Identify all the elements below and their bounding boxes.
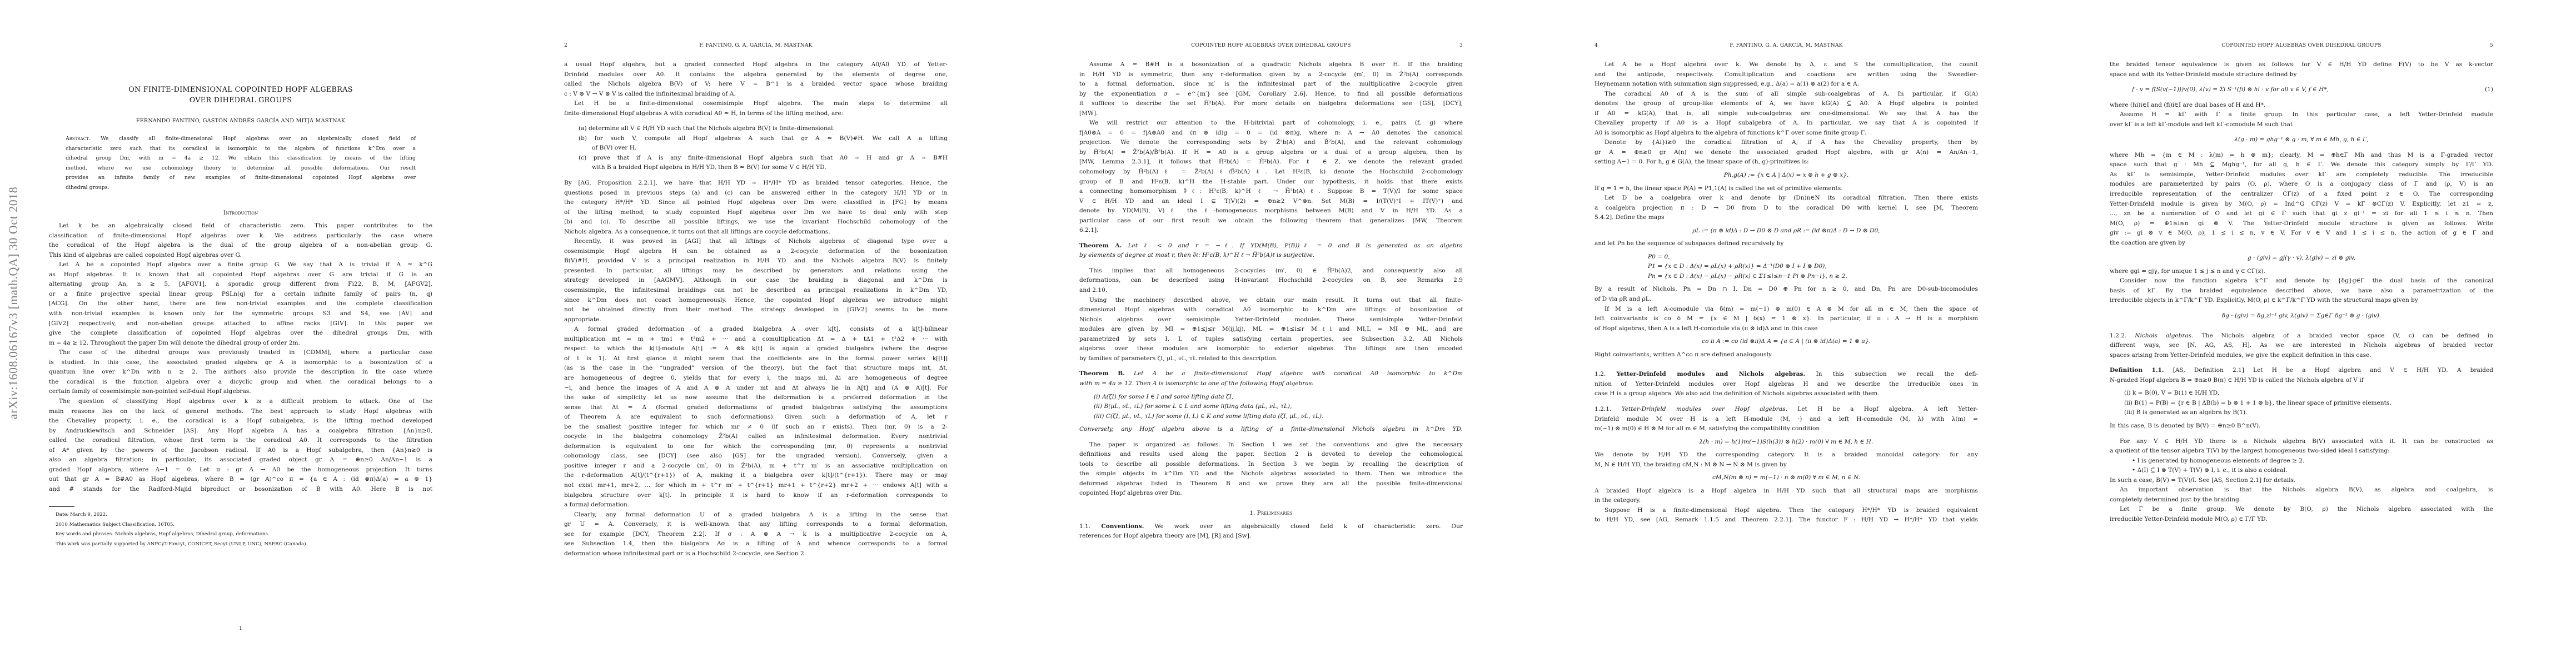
body-line: over kΓ is a left kΓ-module and left kΓ-… (2110, 120, 2493, 130)
section-title-introduction: Introduction (49, 208, 432, 218)
ideal-conditions: • I is generated by homogeneous elements… (2110, 456, 2493, 476)
page-4: 4 F. FANTINO, G. A. GARCÍA, M. MASTNAK L… (1546, 0, 2061, 667)
subsubsection-text: m(−1) ⊗ m(0) ∈ H ⊗ M for all m ∈ M, sati… (1595, 424, 1978, 434)
body-line: tools to describe all possible deformati… (1079, 460, 1463, 470)
body-line: not be obtained directly from their meth… (564, 305, 948, 315)
body-line: the coradical is the function algebra ov… (49, 377, 432, 387)
body-line: particular case of our first result we o… (1079, 216, 1463, 226)
body-line: M, N ∈ H/H YD, the braiding cM,N : M ⊗ N… (1595, 460, 1978, 470)
page-number: 5 (2490, 42, 2493, 48)
body-line: a coalgebra projection π : D → D0 from D… (1595, 203, 1978, 213)
body-line: The case of the dihedral groups was prev… (49, 348, 432, 358)
body-line: Yetter-Drinfeld module is given by M(O, … (2110, 200, 2493, 210)
body-line: quantum line over k^Dn with n ≥ 2. The a… (49, 367, 432, 377)
theorem-b-item: (iii) C(ζI, μL, νL, τL) for some (I, L) … (1079, 412, 1463, 422)
body-line: irreducible Yetter-Drinfeld module M(O, … (2110, 515, 2493, 525)
equation-delta: δg · (giv) = δg,zi⁻¹ giv, λ(giv) = Σg∈Γ … (2110, 311, 2493, 321)
subsubsection-text: spaces arising from Yetter-Drinfeld modu… (2110, 351, 2493, 361)
equation-rho: ρL := (π ⊗ id)Δ : D → D0 ⊗ D and ρR := (… (1595, 226, 1978, 236)
body-line: −i, and hence the images of A and A ⊗ A … (564, 384, 948, 394)
body-line: alternating group An, n ≥ 5, [AFGV1], a … (49, 280, 432, 290)
body-line: in the category. (1595, 496, 1978, 506)
body-line: a connecting homomorphism ∂̃ℓ: H²ε(B, k)… (1079, 187, 1463, 197)
body-line: We denote by H/H YD the corresponding ca… (1595, 450, 1978, 460)
body-line: Denote by {Ai}i≥0 the coradical filtrati… (1595, 138, 1978, 148)
subsection-title: Conventions. (1101, 523, 1144, 530)
body-line: to a formal deformation, since m′ is the… (1079, 79, 1463, 89)
body-line: with non-trivial examples is known only … (49, 309, 432, 319)
body-line: V ∈ H/H YD and an ideal I ⊊ T(V)(2) = ⊕n… (1079, 197, 1463, 207)
theorem-b-label: Theorem B. (1079, 370, 1125, 377)
equation-line: P1 = {x ∈ D : Δ(x) = ρL(x) + ρR(x)} = Δ⁻… (1648, 262, 1978, 272)
body-line: not exist mr+1, mr+2, ... for which m + … (564, 481, 948, 491)
body-line: also an algebra filtration; in particula… (49, 455, 432, 465)
body-line: gr A = ⊕n≥0 gr A(n) we denote the associ… (1595, 148, 1978, 158)
lifting-method-steps: (a) determine all V ∈ H/H YD such that t… (564, 124, 948, 173)
subsubsection-nichols: 1.2.2. Nichols algebras. The Nichols alg… (2110, 331, 2493, 361)
theorem-a-line: by elements of degree at most r, then ∂̃… (1079, 251, 1463, 261)
abstract-text: We classify all finite-dimensional Hopf … (101, 136, 416, 142)
body-line: the simple objects in k^Dm YD and the Ni… (1079, 469, 1463, 479)
body-line: main reasons lies on the lack of general… (49, 407, 432, 417)
body-line: give the complete classification of copo… (49, 328, 432, 339)
body-line: [MW]. (1079, 109, 1463, 119)
subsection-text: references for Hopf algebra theory are [… (1079, 531, 1463, 541)
subsubsection-title: Yetter-Drinfeld modules over Hopf algebr… (1622, 406, 1787, 412)
body-line: of A* given by the powers of the Jacobso… (49, 446, 432, 456)
footnote: Key words and phrases. Nichols algebras,… (49, 530, 432, 540)
equation-primitives: Ph,g(A) := {x ∈ A | Δ(x) = x ⊗ h + g ⊗ x… (1595, 171, 1978, 181)
equation-coinvariants: co π A := co (id ⊗π)Δ A = {a ∈ A | (π ⊗ … (1595, 337, 1978, 347)
body-line: positive integer r and a 2-cocycle (m′, … (564, 461, 948, 471)
body-line: deformed algebras listed in Theorem B an… (1079, 479, 1463, 489)
definition-closing: In this case, B is denoted by B(V) = ⊕n≥… (2110, 421, 2493, 431)
abstract-line: provides an infinite family of new examp… (66, 173, 416, 183)
body-line: irreducible representation of the centra… (2110, 190, 2493, 200)
definition-item: (ii) B(1) = P(B) = {r ∈ B | ΔB(b) = b ⊗ … (2110, 399, 2493, 409)
page-1: arXiv:1608.06167v3 [math.QA] 30 Oct 2018… (0, 0, 515, 667)
bullet-item: I is generated by homogeneous elements o… (2137, 457, 2305, 464)
step-item: (c) prove that if A is any finite-dimens… (564, 153, 948, 163)
subsubsection-title: Nichols algebras. (2135, 332, 2193, 339)
page-number: 1 (49, 625, 432, 631)
body-line: of Hopf algebras, then A is a left H-com… (1595, 324, 1978, 334)
running-head-title: F. FANTINO, G. A. GARCÍA, M. MASTNAK (564, 42, 948, 48)
body-line: c : V ⊗ V → V ⊗ V is called the infinite… (564, 89, 948, 99)
body-line: m = 4a ≥ 12. Throughout the paper Dm wil… (49, 339, 432, 349)
body-line: presented. In particular, all liftings m… (564, 266, 948, 276)
theorem-b: Theorem B. Let A be a finite-dimensional… (1079, 369, 1463, 434)
body-line: bialgebra structure over k[t]. In princi… (564, 491, 948, 501)
theorem-a-line: Let ℓ < 0 and r = −ℓ. If YD(M(B), P(B))ℓ… (1128, 242, 1463, 249)
page-2-content: 2 F. FANTINO, G. A. GARCÍA, M. MASTNAK a… (564, 0, 948, 559)
body-line: it suffices to describe the set Ĥ²b(A). … (1079, 99, 1463, 109)
theorem-a: Theorem A. Let ℓ < 0 and r = −ℓ. If YD(M… (1079, 241, 1463, 261)
subsection-text: nition of Yetter-Drinfeld modules over H… (1595, 380, 1978, 390)
equation-1: f · v = f(S(v(−1)))v(0), λ(v) = Σi S⁻¹(f… (2110, 85, 2493, 95)
body-line: The question of classifying Hopf algebra… (49, 397, 432, 407)
title-line-1: ON FINITE-DIMENSIONAL COPOINTED HOPF ALG… (49, 84, 432, 95)
subsection-text: We work over an algebraically closed fie… (1154, 523, 1463, 530)
body-line: parametrized by sets I, L of tuples sati… (1079, 335, 1463, 345)
definition-text: N-graded Hopf algebra B = ⊕n≥0 B(n) ∈ H/… (2110, 376, 2493, 386)
body-line: finite-dimensional Hopf algebras A with … (564, 109, 948, 119)
body-line: called the Nichols algebra B(V) of V; he… (564, 79, 948, 89)
body-line: giv := gi ⊗ v ∈ M(O, ρ), 1 ≤ i ≤ n, v ∈ … (2110, 228, 2493, 238)
body-line: A braided Hopf algebra is a Hopf algebra… (1595, 486, 1978, 496)
subsection-number: 1.2. (1595, 371, 1606, 377)
page-3: COPOINTED HOPF ALGEBRAS OVER DIHEDRAL GR… (1030, 0, 1546, 667)
body-line: Consider now the function algebra k^Γ an… (2110, 276, 2493, 286)
title-line-2: OVER DIHEDRAL GROUPS (49, 95, 432, 106)
equation-gamma-compat: λ(g · m) = ghg⁻¹ ⊗ g · m, ∀ m ∈ Mh, g, h… (2110, 135, 2493, 145)
body-line: A formal graded deformation of a graded … (564, 325, 948, 335)
body-line: are homogeneous of degree 0, yields that… (564, 374, 948, 384)
abstract-line: method, where we use cohomology theory t… (66, 163, 416, 173)
body-line: or a finite projective special linear gr… (49, 290, 432, 300)
body-line: where Mh = {m ∈ M : λ(m) = h ⊗ m}; clear… (2110, 151, 2493, 161)
subsubsection-text: different ways, see [N, AG, AS, H]. As w… (2110, 341, 2493, 351)
body-line: sense that Δt = Δ (formal graded deforma… (564, 403, 948, 413)
body-line: By [AG, Proposition 2.2.1], we have that… (564, 178, 948, 188)
body-line: irreducible objects in k^Γ/k^Γ YD. Expli… (2110, 296, 2493, 306)
definition-1-1: Definition 1.1. [AS, Definition 2.1] Let… (2110, 366, 2493, 431)
theorem-a-label: Theorem A. (1079, 242, 1122, 249)
body-line: completely determined just by the braidi… (2110, 495, 2493, 505)
body-line: We will restrict our attention to the H-… (1079, 118, 1463, 128)
body-line: denotes the group of group-like elements… (1595, 99, 1978, 109)
abstract-label: Abstract. (66, 136, 91, 142)
body-line: since k^Dm does not coact homogeneously.… (564, 296, 948, 306)
body-line: the Chevalley property, i. e., the corad… (49, 416, 432, 426)
body-line: of t is 1). At first glance it might see… (564, 354, 948, 364)
body-line: of Theorem A are equivalent to such defo… (564, 412, 948, 422)
body-line: by the exponentiation σ = e^{m′} see [GM… (1079, 89, 1463, 99)
body-line: Let H be a finite-dimensional cosemisimp… (564, 99, 948, 109)
body-line: where ggi = gjγ, for unique 1 ≤ j ≤ n an… (2110, 267, 2493, 277)
arxiv-stamp: arXiv:1608.06167v3 [math.QA] 30 Oct 2018 (0, 0, 28, 667)
body-line: modules are parameterized by pairs (O, ρ… (2110, 180, 2493, 190)
body-line: modules are given by MI = ⊕1≤j≤r M(ij,kj… (1079, 325, 1463, 335)
body-line: of the lifting method, to study copointe… (564, 208, 948, 218)
page-3-content: COPOINTED HOPF ALGEBRAS OVER DIHEDRAL GR… (1079, 0, 1463, 541)
body-line: in H/H YD is symmetric, then any r-defor… (1079, 70, 1463, 80)
body-line: If M is a left A-comodule via δ(m) = m(−… (1595, 305, 1978, 315)
body-line: by Andruskiewitsch and Schneider [AS]. A… (49, 426, 432, 436)
body-line: Clearly, any formal deformation U of a g… (564, 510, 948, 520)
body-line: This kind of algebras are called copoint… (49, 251, 432, 261)
abstract: Abstract. We classify all finite-dimensi… (49, 134, 432, 193)
body-line: out that gr A ≃ B#A0 as Hopf algebras, w… (49, 475, 432, 485)
subsection-text: case H is a group algebra. We also add t… (1595, 389, 1978, 399)
equation-p-sequence: P0 = 0, P1 = {x ∈ D : Δ(x) = ρL(x) + ρR(… (1595, 252, 1978, 282)
body-line: An important observation is that the Nic… (2110, 485, 2493, 495)
body-line: of D via ρR and ρL. (1595, 295, 1978, 305)
body-line: classification of finite-dimensional Hop… (49, 231, 432, 241)
running-head: 4 F. FANTINO, G. A. GARCÍA, M. MASTNAK (1595, 42, 1978, 51)
body-line: Nichols algebra. As a consequence, it tu… (564, 227, 948, 237)
section-title-preliminaries: 1. Preliminaries (1079, 509, 1463, 519)
body-line: definitions and results used along the p… (1079, 450, 1463, 460)
body-line: questions posed in previous steps (a) an… (564, 188, 948, 198)
body-line: appropriate. (564, 315, 948, 325)
body-line: Let A be a copointed Hopf algebra over a… (49, 260, 432, 270)
body-line: and 2.10. (1079, 286, 1463, 296)
equation-line: P0 = 0, (1648, 252, 1978, 262)
body-line: basis of kΓ. By the braided equivalence … (2110, 286, 2493, 296)
body-line: deformation is equivalent to one for whi… (564, 442, 948, 452)
subsubsection-text: The Nichols algebra of a braided vector … (2202, 332, 2493, 339)
body-line: As kΓ is semisimple, Yetter-Drinfeld mod… (2110, 170, 2493, 180)
body-line: For any V ∈ H/H YD there is a Nichols al… (2110, 437, 2493, 447)
step-item: of B(V) over H. (564, 143, 948, 153)
body-line: graded Hopf algebra, where A−1 = 0. Let … (49, 465, 432, 475)
body-line: B(V)#H, provided V is a principal realiz… (564, 256, 948, 266)
body-line: cocycle in the bialgebra cohomology Ẑ²b(… (564, 432, 948, 442)
subsubsection-number: 1.2.2. (2110, 332, 2126, 339)
body-line: a formal deformation. (564, 500, 948, 510)
body-line: [ACG]. On the other hand, there are few … (49, 299, 432, 309)
equation-braiding: cM,N(m ⊗ n) = m(−1) · n ⊗ m(0) ∀ m ∈ M, … (1595, 473, 1978, 483)
abstract-line: characteristic zero such that its coradi… (66, 144, 416, 154)
body-line: Let D be a coalgebra over k and denote b… (1595, 193, 1978, 203)
subsection-yetter-drinfeld: 1.2. Yetter-Drinfeld modules and Nichols… (1595, 370, 1978, 399)
body-line: This implies that all homogeneous 2-cocy… (1079, 266, 1463, 276)
body-line: space and with its Yetter-Drinfeld modul… (2110, 70, 2493, 80)
body-line: where (hi)i∈I and (fi)i∈I are dual bases… (2110, 101, 2493, 111)
body-line: and the antipode, respectively. Comultip… (1595, 70, 1978, 80)
body-line: a quotient of the tensor algebra T(V) by… (2110, 446, 2493, 456)
running-head-title: F. FANTINO, G. A. GARCÍA, M. MASTNAK (1595, 42, 1978, 48)
body-line: A0 is isomorphic as Hopf algebra to the … (1595, 128, 1978, 138)
body-line: group of B and H²ε(B, k)^H the H-stable … (1079, 177, 1463, 187)
body-line: If g = 1 = h, the linear space P(A) = P1… (1595, 184, 1978, 194)
subsection-title: Yetter-Drinfeld modules and Nichols alge… (1617, 371, 1805, 377)
body-line: see for example [DCY, Theorem 2.2]. If σ… (564, 530, 948, 540)
abstract-line: Abstract. We classify all finite-dimensi… (66, 134, 416, 144)
equation-action: g · (giv) = gj(γ · v), λ(giv) = zi ⊗ giv… (2110, 253, 2493, 263)
equation-number: (1) (2485, 85, 2493, 95)
body-line: the sake of simplicity let us now assume… (564, 393, 948, 403)
body-line: strategy developed in [AAGMV]. Although … (564, 276, 948, 286)
footnote: This work was partially supported by ANP… (49, 540, 432, 550)
theorem-b-line: Let A be a finite-dimensional Hopf algeb… (1134, 370, 1463, 377)
body-line: cohomology class, see [DCY] (see also [G… (564, 451, 948, 461)
page-2: 2 F. FANTINO, G. A. GARCÍA, M. MASTNAK a… (515, 0, 1030, 667)
theorem-b-line: with m = 4a ≥ 12. Then A is isomorphic t… (1079, 379, 1463, 389)
step-item: (a) determine all V ∈ H/H YD such that t… (564, 124, 948, 134)
body-line: left coinvariants is co δ M = {x ∈ M | δ… (1595, 314, 1978, 324)
body-line: Assume A = B#H is a bosonization of a qu… (1079, 60, 1463, 70)
body-line: Assume H = kΓ with Γ a finite group. In … (2110, 110, 2493, 120)
body-line: denote by YD(M(B), V)ℓ the ℓ-homogeneous… (1079, 206, 1463, 216)
subsection-text: In this subsection we recall the defi- (1816, 371, 1978, 377)
footnote-rule (49, 506, 74, 507)
body-line: certain family of cosemisimple non-point… (49, 387, 432, 397)
page-5: COPOINTED HOPF ALGEBRAS OVER DIHEDRAL GR… (2061, 0, 2576, 667)
body-line: the braided tensor equivalence is given … (2110, 60, 2493, 70)
body-line: Using the machinery described above, we … (1079, 296, 1463, 306)
theorem-b-closing: Conversely, any Hopf algebra above is a … (1079, 425, 1463, 435)
body-line: and # stands for the Radford-Majid bipro… (49, 485, 432, 495)
body-line: Chevalley property if A0 is a Hopf subal… (1595, 118, 1978, 128)
body-line: 5.4.2]. Define the maps (1595, 213, 1978, 223)
body-line: if A0 = kG(A), that is, all simple sub-c… (1595, 109, 1978, 119)
body-line: ..., zn be a numeration of O and let gi … (2110, 209, 2493, 219)
running-head: COPOINTED HOPF ALGEBRAS OVER DIHEDRAL GR… (1079, 42, 1463, 51)
running-head: COPOINTED HOPF ALGEBRAS OVER DIHEDRAL GR… (2110, 42, 2493, 51)
body-line: to H/H YD, see [AG, Remark 1.1.5 and The… (1595, 515, 1978, 525)
body-line: by families of parameters ζI, μL, νL, τL… (1079, 354, 1463, 364)
body-line: as Hopf algebras. It is known that all c… (49, 270, 432, 280)
body-line: In such a case, B(V) = T(V)/I. See [AS, … (2110, 476, 2493, 486)
definition-item: (iii) B is generated as an algebra by B(… (2110, 408, 2493, 418)
body-line: Drinfeld modules over A0. It contains th… (564, 70, 948, 80)
footnote: Date: March 9, 2022. (49, 510, 432, 520)
body-line: the coradical of the Hopf algebra is the… (49, 241, 432, 251)
body-line: projection. We denote the corresponding … (1079, 138, 1463, 148)
body-line: gr U ≃ A. Conversely, it is well-known t… (564, 520, 948, 530)
body-line: M(O, ρ) = ⊕1≤i≤n gi ⊗ V. The Yetter-Drin… (2110, 219, 2493, 229)
body-line: Heynemann notation with summation sign s… (1595, 79, 1978, 89)
body-line: multiplication mt = m + tm1 + t²m2 + ···… (564, 335, 948, 345)
body-line: see Subsection 1.4, then the bialgebra A… (564, 539, 948, 549)
definition-item: (i) k ≃ B(0), V ≃ B(1) ∈ H/H YD, (2110, 389, 2493, 399)
body-line: f|A0⊗A = 0 = f|A⊗A0 and (π ⊗ id)g = 0 = … (1079, 128, 1463, 138)
body-line: space such that g · Mh ⊆ Mghg⁻¹, for all… (2110, 160, 2493, 170)
arxiv-stamp-text: arXiv:1608.06167v3 [math.QA] 30 Oct 2018 (6, 187, 21, 419)
body-line: copointed Hopf algebras over Dm. (1079, 489, 1463, 499)
body-line: algebras over these modules are isomorph… (1079, 344, 1463, 354)
page-5-content: COPOINTED HOPF ALGEBRAS OVER DIHEDRAL GR… (2110, 0, 2493, 524)
abstract-line: dihedral group Dm, with m = 4a ≥ 12. We … (66, 153, 416, 163)
body-line: Suppose H is a finite-dimensional Hopf a… (1595, 506, 1978, 516)
equation-compatibility: λ(h · m) = h(1)m(−1)S(h(3)) ⊗ h(2) · m(0… (1595, 437, 1978, 447)
page-4-content: 4 F. FANTINO, G. A. GARCÍA, M. MASTNAK L… (1595, 0, 1978, 525)
step-item: (b) for such V, compute all Hopf algebra… (564, 134, 948, 144)
body-line: cosemisimple, the infinitesimal braiding… (564, 286, 948, 296)
body-line: called the coradical filtration, whose f… (49, 436, 432, 446)
bullet-item: Δ(I) ⊆ I ⊗ T(V) + T(V) ⊗ I, i. e., it is… (2137, 467, 2288, 474)
body-line: The paper is organized as follows. In Se… (1079, 440, 1463, 450)
body-line: cosemisimple Hopf algebra H can be obtai… (564, 247, 948, 257)
body-line: is studied. In this case, the associated… (49, 358, 432, 368)
footnote: 2010 Mathematics Subject Classification.… (49, 520, 432, 530)
definition-text: [AS, Definition 2.1] Let H be a Hopf alg… (2173, 367, 2493, 374)
page-1-content: ON FINITE-DIMENSIONAL COPOINTED HOPF ALG… (49, 0, 432, 549)
body-line: setting A−1 = 0. For h, g ∈ G(A), the li… (1595, 157, 1978, 167)
body-line: (as is the case in the “ungraded” versio… (564, 364, 948, 374)
body-line: the category H*/H* YD. Since all pointed… (564, 198, 948, 208)
body-line: deformations, can be described using H-i… (1079, 276, 1463, 286)
subsubsection-text: Let H be a Hopf algebra. A left Yetter- (1797, 406, 1978, 412)
abstract-line: dihedral groups. (66, 183, 416, 193)
subsection-conventions: 1.1. Conventions. We work over an algebr… (1079, 522, 1463, 541)
body-line: the r-deformation A[t]/(t^{r+1}) of A, m… (564, 471, 948, 481)
body-line: deformation whose infinitesimal part σr … (564, 549, 948, 559)
paper-title: ON FINITE-DIMENSIONAL COPOINTED HOPF ALG… (49, 84, 432, 106)
body-line: Nichols algebras over semisimple Yetter-… (1079, 315, 1463, 325)
body-line: [MW, Lemma 2.3.1], it follows that H̃²b(… (1079, 157, 1463, 167)
body-line: [GIV2] respectively, and non-abelian gro… (49, 319, 432, 329)
subsubsection-number: 1.2.1. (1595, 406, 1611, 412)
body-line: the coaction are given by (2110, 238, 2493, 248)
running-head-title: COPOINTED HOPF ALGEBRAS OVER DIHEDRAL GR… (2110, 42, 2493, 48)
body-line: Let k be an algebraically closed field o… (49, 221, 432, 231)
equation-1-body: f · v = f(S(v(−1)))v(0), λ(v) = Σi S⁻¹(f… (2132, 86, 2329, 93)
body-line: cohomology by H̃²b(A)ℓ = Z̃²b(A)ℓ/B̃²b(A… (1079, 167, 1463, 177)
equation-line: Pn = {x ∈ D : Δ(x) − ρL(x) − ρR(x) ∈ Σ1≤… (1648, 272, 1978, 282)
body-line: and let Pn be the sequence of subspaces … (1595, 239, 1978, 249)
subsubsection-text: Drinfeld module M over H is a left H-mod… (1595, 415, 1978, 425)
body-line: 6.2.1]. (1079, 226, 1463, 236)
body-line: Let A be a Hopf algebra over k. We denot… (1595, 60, 1978, 70)
running-head-title: COPOINTED HOPF ALGEBRAS OVER DIHEDRAL GR… (1079, 42, 1463, 48)
body-line: dimensional Hopf algebras with coradical… (1079, 305, 1463, 315)
body-line: respect to which the k[t]-module A[t] :=… (564, 344, 948, 354)
step-item: with B a braided Hopf algebra in H/H YD,… (564, 163, 948, 173)
subsubsection-yd-modules: 1.2.1. Yetter-Drinfeld modules over Hopf… (1595, 405, 1978, 434)
footnotes: Date: March 9, 2022.2010 Mathematics Sub… (49, 510, 432, 549)
body-line: a usual Hopf algebra, but a graded conne… (564, 60, 948, 70)
body-line: Right coinvariants, written A^co π are d… (1595, 350, 1978, 360)
subsection-number: 1.1. (1079, 523, 1090, 530)
running-head: 2 F. FANTINO, G. A. GARCÍA, M. MASTNAK (564, 42, 948, 51)
body-line: by H̃²b(A) = Z̃²b(A)/B̃²b(A). If H = A0 … (1079, 148, 1463, 158)
body-line: (b) and (c). To describe all possible li… (564, 217, 948, 227)
introduction-body: Let k be an algebraically closed field o… (49, 221, 432, 494)
body-line: be the smallest positive integer for whi… (564, 422, 948, 432)
body-line: By a result of Nichols, Pn = Dn ∩ I, Dn … (1595, 285, 1978, 295)
theorem-b-item: (ii) B(μL, νL, τL) for some L ∈ L and so… (1079, 402, 1463, 412)
body-line: Recently, it was proved in [AGI] that al… (564, 237, 948, 247)
page-number: 3 (1459, 42, 1463, 48)
theorem-b-item: (i) A(ζI) for some I ∈ I and some liftin… (1079, 392, 1463, 402)
body-line: Let Γ be a finite group. We denote by B(… (2110, 505, 2493, 515)
definition-label: Definition 1.1. (2110, 367, 2164, 374)
authors: FERNANDO FANTINO, GASTÓN ANDRÉS GARCÍA A… (49, 118, 432, 124)
body-line: The coradical A0 of A is the sum of all … (1595, 89, 1978, 99)
